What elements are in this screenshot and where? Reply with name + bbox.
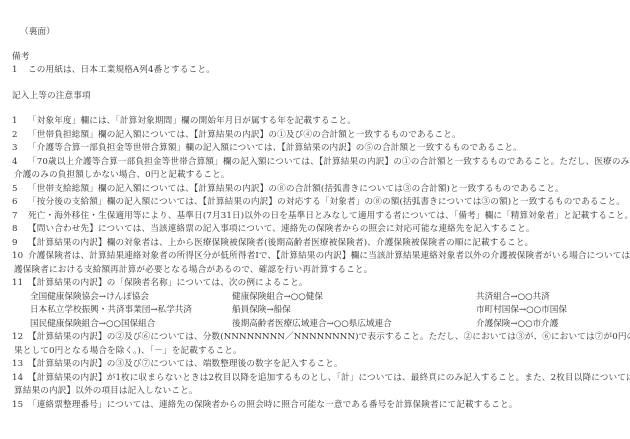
note-item-12: 12【計算結果の内訳】の②及び⑥については、分数(NNNNNNNN／NNNNNN… [12, 331, 630, 343]
note-item-1: 1「対象年度」欄には、「計算対象期間」欄の開始年月日が属する年を記載すること。 [12, 115, 356, 127]
example-cell: 国民健康保険組合→○○国保組合 [30, 318, 155, 330]
remark-item: 1この用紙は、日本工業規格A列4番とすること。 [12, 64, 215, 76]
remarks-heading: 備考 [12, 51, 30, 63]
note-item-8: 8【問い合わせ先】については、当該連絡票の記入事項について、連絡先の保険者からの… [12, 223, 535, 235]
example-cell: 日本私立学校振興・共済事業団→私学共済 [30, 304, 192, 316]
note-item-2: 2「世帯負担総額」欄の記入額については、【計算結果の内訳】の①及び④の合計額と一… [12, 129, 461, 141]
note-item-7: 7死亡・海外移住・生保適用等により、基準日(7月31日)以外の日を基準日とみなし… [12, 210, 630, 222]
note-item-3: 3「介護等合算一部負担金等世帯合算額」欄の記入額については、【計算結果の内訳】の… [12, 142, 522, 154]
example-cell: 共済組合→○○共済 [476, 291, 550, 303]
note-item-12-continued: 果として0円となる場合を除く。)、「－」を記載すること。 [14, 345, 242, 357]
example-cell: 市町村国保→○○市国保 [476, 304, 567, 316]
example-cell: 船員保険→船保 [232, 304, 291, 316]
notes-heading: 記入上等の注意事項 [12, 90, 91, 102]
note-item-10: 10介護保険者は、計算結果連絡対象者の所得区分が低所得者Ⅰで、【計算結果の内訳】… [12, 250, 630, 262]
note-item-4: 4「70歳以上介護等合算一部負担金等世帯合算額」欄の記入額については、【計算結果… [12, 156, 630, 168]
note-item-14-continued: 算結果の内訳】以外の項目は記入しないこと。 [14, 385, 198, 397]
example-cell: 健康保険組合→○○健保 [232, 291, 323, 303]
example-cell: 介護保険→○○市介護 [476, 318, 558, 330]
example-cell: 後期高齢者医療広域連合→○○県広域連合 [232, 318, 392, 330]
note-item-11: 11【計算結果の内訳】の「保険者名称」については、次の例によること。 [12, 277, 308, 289]
note-item-5: 5「世帯支給総額」欄の記入額については、【計算結果の内訳】の⑧の合計額(括弧書き… [12, 183, 564, 195]
note-item-4-continued: 介護のみの負担額しかない場合、0円と記載すること。 [14, 169, 229, 181]
example-cell: 全国健康保険協会→けんぽ協会 [30, 291, 149, 303]
side-label: （裏面） [20, 26, 55, 38]
note-item-14: 14【計算結果の内訳】が1枚に収まらないときは2枚目以降を追加するものとし、「計… [12, 372, 630, 384]
note-item-6: 6「按分後の支給額」欄の記入額については、【計算結果の内訳】の対応する「対象者」… [12, 196, 625, 208]
note-item-15: 15「連絡票整理番号」については、連絡先の保険者からの照会時に照合可能な一意であ… [12, 399, 517, 411]
note-item-13: 13【計算結果の内訳】の③及び⑦については、端数整理後の数字を記入すること。 [12, 358, 343, 370]
note-item-10-continued: 護保険者における支給額再計算が必要となる場合があるので、確認を行い再計算すること… [14, 264, 372, 276]
note-item-9: 9【計算結果の内訳】欄の対象者は、上から医療保険被保険者(後期高齢者医療被保険者… [12, 237, 533, 249]
